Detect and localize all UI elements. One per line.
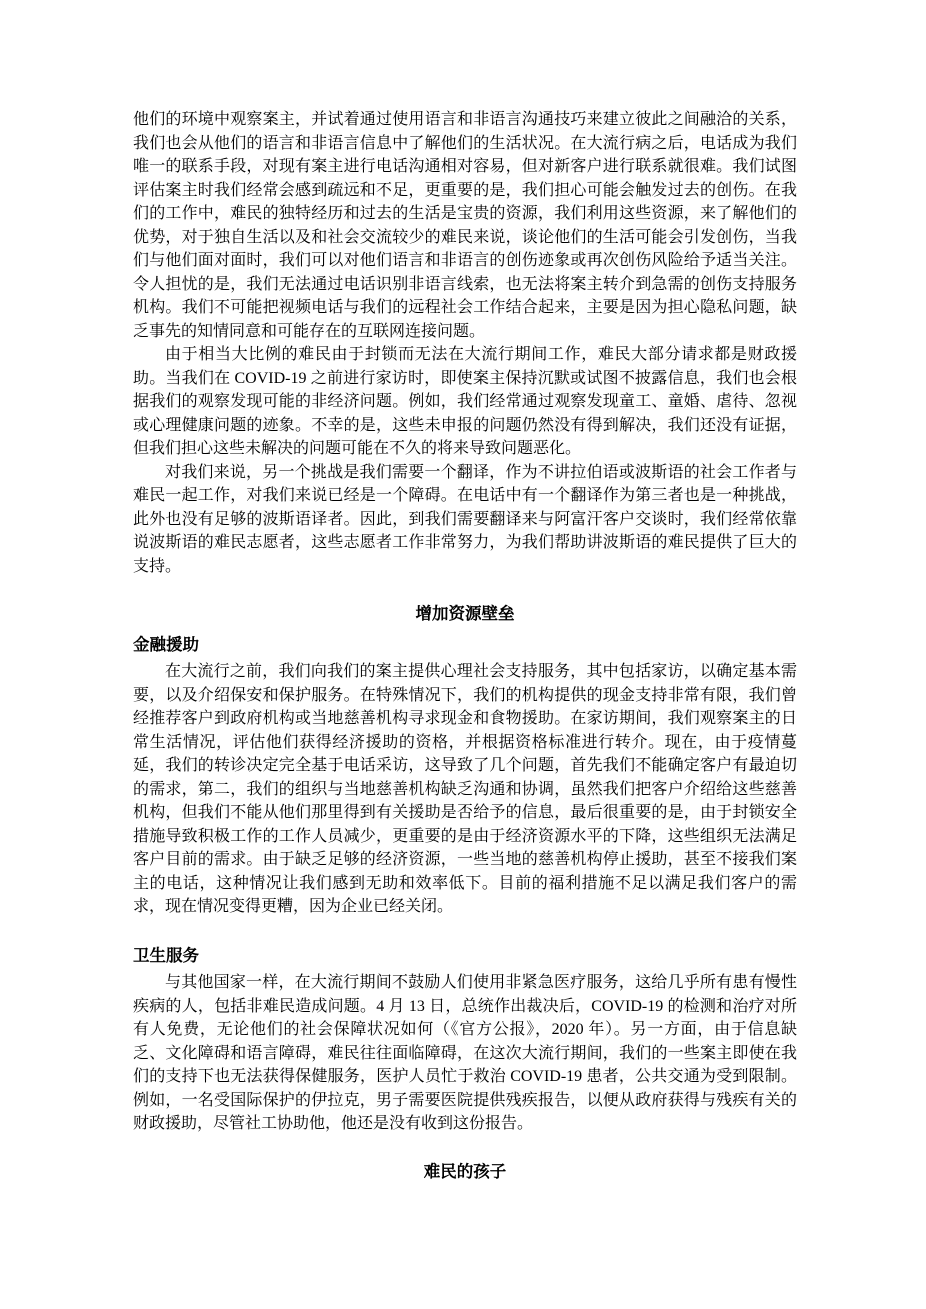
paragraph-financial-aid-body: 在大流行之前，我们向我们的案主提供心理社会支持服务，其中包括家访，以确定基本需要… [133, 660, 797, 919]
paragraph-remote-social-work: 他们的环境中观察案主，并试着通过使用语言和非语言沟通技巧来建立彼此之间融洽的关系… [133, 108, 797, 343]
paragraph-health-services-body: 与其他国家一样，在大流行期间不鼓励人们使用非紧急医疗服务，这给几乎所有患有慢性疾… [133, 971, 797, 1136]
subsection-heading-financial-aid: 金融援助 [133, 634, 797, 658]
document-page: 他们的环境中观察案主，并试着通过使用语言和非语言沟通技巧来建立彼此之间融洽的关系… [0, 0, 926, 1309]
paragraph-financial-requests: 由于相当大比例的难民由于封锁而无法在大流行期间工作，难民大部分请求都是财政援助。… [133, 343, 797, 461]
paragraph-translator-challenge: 对我们来说，另一个挑战是我们需要一个翻译，作为不讲拉伯语或波斯语的社会工作者与难… [133, 461, 797, 579]
subsection-heading-health-services: 卫生服务 [133, 945, 797, 969]
section-heading-refugee-children: 难民的孩子 [133, 1161, 797, 1185]
section-heading-resource-barriers: 增加资源壁垒 [133, 603, 797, 627]
